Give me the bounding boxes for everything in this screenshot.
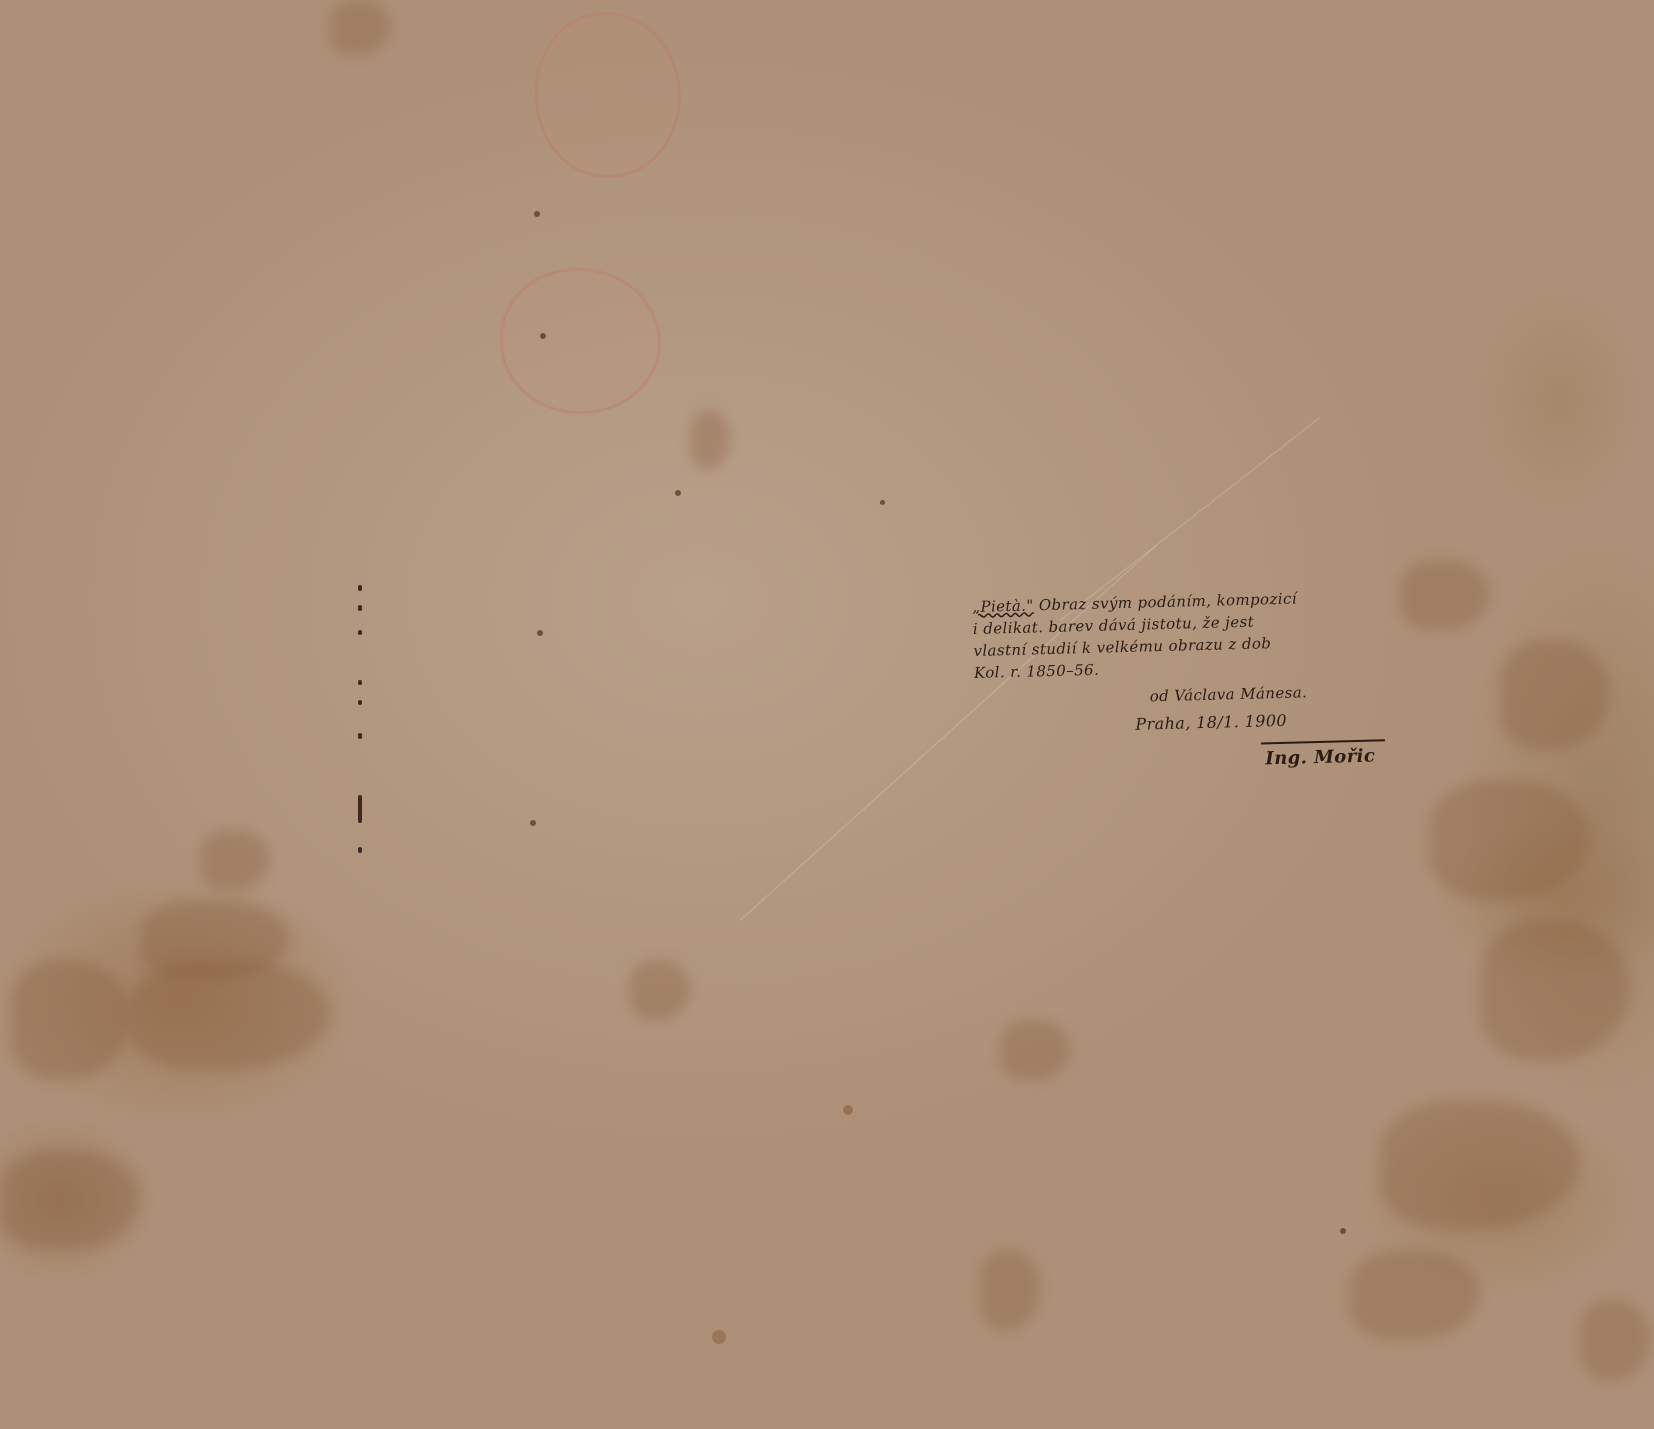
dotted-pencil-marks (358, 585, 364, 855)
speck (540, 333, 546, 339)
handwritten-inscription: „Pietà." Obraz svým podáním, kompozicí i… (972, 584, 1437, 778)
stain (10, 960, 130, 1080)
stain (330, 0, 390, 55)
speck (534, 211, 540, 217)
stain (1000, 1020, 1070, 1080)
stain (1380, 1100, 1580, 1230)
stain (200, 830, 270, 890)
stain (630, 960, 690, 1020)
speck (675, 490, 681, 496)
ring-stain-middle (500, 268, 661, 414)
stain (980, 1250, 1040, 1330)
stain (1500, 640, 1610, 750)
speck (537, 630, 543, 636)
stain (690, 410, 730, 470)
artwork-title: „Pietà." (972, 596, 1034, 616)
speck (530, 820, 536, 826)
stain (130, 960, 330, 1070)
stain (1580, 1300, 1650, 1380)
place-date: Praha, 18/1. 1900 (975, 706, 1435, 740)
stain (0, 1150, 140, 1250)
speck (1340, 1228, 1346, 1234)
ring-stain-top (535, 12, 681, 178)
speck (880, 500, 885, 505)
speck (712, 1330, 726, 1344)
signature: Ing. Mořic (1261, 739, 1386, 770)
stain (1350, 1250, 1480, 1340)
stain (1480, 920, 1630, 1060)
painting-panel-reverse: „Pietà." Obraz svým podáním, kompozicí i… (0, 0, 1654, 1429)
stain (1430, 780, 1590, 900)
speck (843, 1105, 853, 1115)
